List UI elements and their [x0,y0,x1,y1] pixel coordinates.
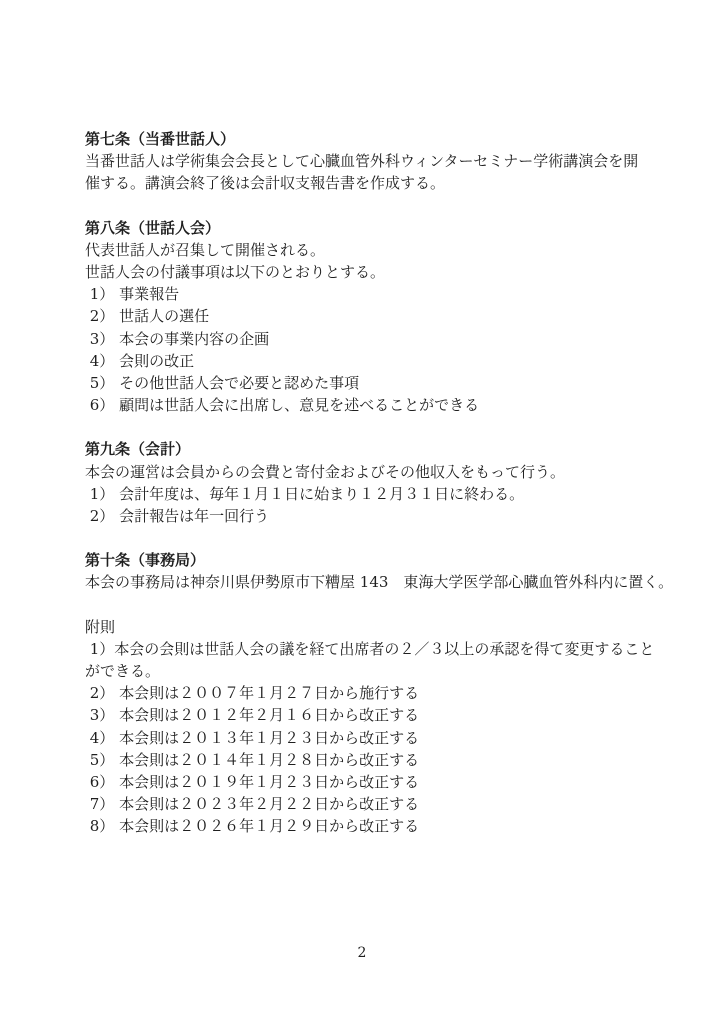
supplementary-provisions-item: 1）本会の会則は世話人会の議を経て出席者の２／３以上の承認を得て変更すること [85,638,647,660]
supplementary-provisions-item: 3） 本会則は２０１２年２月１６日から改正する [85,704,647,726]
article-9-line: 本会の運営は会員からの会費と寄付金およびその他収入をもって行う。 [85,461,647,483]
article-8-line: 代表世話人が召集して開催される。 [85,239,647,261]
article-9-list-item: 1） 会計年度は、毎年１月１日に始まり１２月３１日に終わる。 [85,483,647,505]
article-8-heading: 第八条（世話人会） [85,217,647,239]
supplementary-provisions-item: 4） 本会則は２０１３年１月２３日から改正する [85,727,647,749]
document-body: 第七条（当番世話人） 当番世話人は学術集会会長として心臓血管外科ウィンターセミナ… [85,128,647,860]
supplementary-provisions-item: 6） 本会則は２０１９年１月２３日から改正する [85,771,647,793]
document-page: 第七条（当番世話人） 当番世話人は学術集会会長として心臓血管外科ウィンターセミナ… [0,0,724,1024]
supplementary-provisions-item: 5） 本会則は２０１４年１月２８日から改正する [85,749,647,771]
supplementary-provisions-heading: 附則 [85,616,647,638]
article-10-section: 第十条（事務局） 本会の事務局は神奈川県伊勢原市下糟屋 143 東海大学医学部心… [85,549,647,593]
article-8-list-item: 6） 顧問は世話人会に出席し、意見を述べることができる [85,394,647,416]
page-footer: 2 [0,944,724,962]
article-7-line: 当番世話人は学術集会会長として心臓血管外科ウィンターセミナー学術講演会を開 [85,150,647,172]
supplementary-provisions-item: 2） 本会則は２００７年１月２７日から施行する [85,682,647,704]
article-8-list-item: 3） 本会の事業内容の企画 [85,328,647,350]
article-8-list-item: 5） その他世話人会で必要と認めた事項 [85,372,647,394]
page-number: 2 [358,945,367,961]
article-9-section: 第九条（会計） 本会の運営は会員からの会費と寄付金およびその他収入をもって行う。… [85,438,647,527]
supplementary-provisions-item: 8） 本会則は２０２６年１月２９日から改正する [85,815,647,837]
supplementary-provisions-item: ができる。 [85,660,647,682]
article-8-list-item: 4） 会則の改正 [85,350,647,372]
article-9-list-item: 2） 会計報告は年一回行う [85,505,647,527]
article-7-line: 催する。講演会終了後は会計収支報告書を作成する。 [85,172,647,194]
supplementary-provisions-item: 7） 本会則は２０２３年２月２２日から改正する [85,793,647,815]
article-10-heading: 第十条（事務局） [85,549,647,571]
supplementary-provisions-section: 附則 1）本会の会則は世話人会の議を経て出席者の２／３以上の承認を得て変更するこ… [85,616,647,838]
article-7-section: 第七条（当番世話人） 当番世話人は学術集会会長として心臓血管外科ウィンターセミナ… [85,128,647,195]
article-8-section: 第八条（世話人会） 代表世話人が召集して開催される。 世話人会の付議事項は以下の… [85,217,647,417]
article-9-heading: 第九条（会計） [85,438,647,460]
article-8-list-item: 1） 事業報告 [85,283,647,305]
article-8-list-item: 2） 世話人の選任 [85,305,647,327]
article-7-heading: 第七条（当番世話人） [85,128,647,150]
article-10-line: 本会の事務局は神奈川県伊勢原市下糟屋 143 東海大学医学部心臓血管外科内に置く… [85,571,647,593]
article-8-line: 世話人会の付議事項は以下のとおりとする。 [85,261,647,283]
